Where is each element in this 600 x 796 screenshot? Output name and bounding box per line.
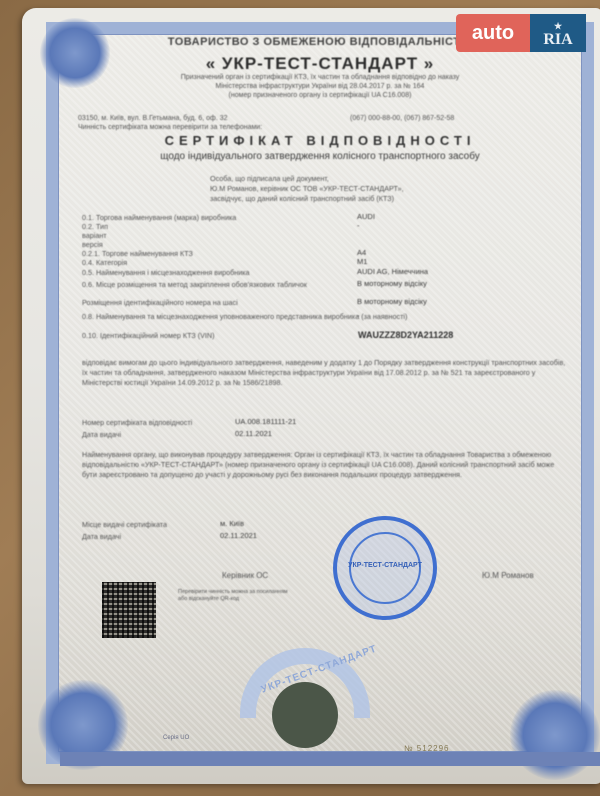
designation-line-2: Міністерства інфраструктури України від … bbox=[60, 83, 580, 90]
field-label: 0.2.1. Торгове найменування КТЗ bbox=[82, 249, 193, 258]
compliance-text: відповідає вимогам до цього індивідуальн… bbox=[82, 358, 572, 388]
official-stamp: УКР-ТЕСТ-СТАНДАРТ bbox=[333, 516, 437, 620]
field-value: M1 bbox=[357, 257, 367, 266]
field-value: AUDI bbox=[357, 212, 375, 221]
seal-sticker bbox=[272, 682, 338, 748]
field-label: варіант bbox=[82, 231, 107, 240]
cert-number-label: Номер сертифіката відповідності bbox=[82, 418, 192, 427]
date: 02.11.2021 bbox=[220, 531, 257, 540]
autoria-logo-right: ★ RIA bbox=[530, 14, 586, 52]
person-line-3: засвідчує, що даний колісний транспортни… bbox=[210, 194, 394, 203]
qr-code[interactable] bbox=[102, 582, 156, 638]
field-label: 0.2. Тип bbox=[82, 222, 108, 231]
field-value: - bbox=[357, 311, 360, 320]
qr-note: Перевірити чинність можна за посиланням … bbox=[178, 589, 288, 603]
date-label: Дата видачі bbox=[82, 532, 121, 541]
person-line-1: Особа, що підписала цей документ, bbox=[210, 174, 329, 183]
issue-date: 02.11.2021 bbox=[235, 429, 272, 438]
field-label: версія bbox=[82, 240, 103, 249]
field-label: 0.1. Торгова найменування (марка) виробн… bbox=[82, 213, 236, 222]
verify-note: Чинність сертифіката можна перевірити за… bbox=[78, 124, 262, 131]
certificate-subtitle: щодо індивідуального затвердження колісн… bbox=[60, 151, 580, 162]
field-label: 0.10. Ідентифікаційний номер КТЗ (VIN) bbox=[82, 331, 215, 340]
corner-ornament-bottom-right bbox=[510, 690, 600, 780]
field-label: 0.6. Місце розміщення та метод закріплен… bbox=[82, 280, 307, 289]
body-text: Найменування органу, що виконував процед… bbox=[82, 450, 570, 480]
field-value: A4 bbox=[357, 248, 366, 257]
field-label: 0.4. Категорія bbox=[82, 258, 127, 267]
designation-line-3: (номер призначеного органу із сертифікац… bbox=[60, 92, 580, 99]
field-value: - bbox=[357, 221, 360, 230]
head-name: Ю.М Романов bbox=[482, 571, 534, 580]
address: 03150, м. Київ, вул. В.Гетьмана, буд. 6,… bbox=[78, 115, 228, 122]
serial-number: № 512296 bbox=[404, 744, 450, 753]
autoria-logo-left: auto bbox=[456, 14, 530, 52]
ria-text: RIA bbox=[543, 33, 572, 47]
stamp-text: УКР-ТЕСТ-СТАНДАРТ bbox=[337, 562, 433, 569]
field-label: 0.5. Найменування і місцезнаходження вир… bbox=[82, 268, 250, 277]
autoria-watermark: auto ★ RIA bbox=[456, 14, 586, 52]
field-value: AUDI AG, Німеччина bbox=[357, 267, 428, 276]
place-label: Місце видачі сертифіката bbox=[82, 520, 167, 529]
person-line-2: Ю.М Романов, керівник ОС ТОВ «УКР-ТЕСТ-С… bbox=[210, 184, 404, 193]
issue-date-label: Дата видачі bbox=[82, 430, 121, 439]
field-label: Розміщення ідентифікаційного номера на ш… bbox=[82, 298, 238, 307]
designation-line-1: Призначений орган із сертифікації КТЗ, ї… bbox=[60, 74, 580, 81]
field-value: В моторному відсіку bbox=[357, 297, 427, 306]
cert-number: UA.008.181111-21 bbox=[235, 417, 296, 426]
place: м. Київ bbox=[220, 519, 244, 528]
form-code: Серія UO bbox=[163, 735, 189, 741]
bottom-border-band bbox=[60, 752, 600, 766]
certificate-title: СЕРТИФІКАТ ВІДПОВІДНОСТІ bbox=[60, 133, 580, 148]
head-label: Керівник ОС bbox=[222, 571, 268, 580]
org-name: « УКР-ТЕСТ-СТАНДАРТ » bbox=[60, 54, 580, 74]
field-value: WAUZZZ8D2YA211228 bbox=[358, 330, 453, 340]
phones: (067) 000-88-00, (067) 867-52-58 bbox=[350, 115, 454, 122]
field-value: В моторному відсіку bbox=[357, 279, 427, 288]
